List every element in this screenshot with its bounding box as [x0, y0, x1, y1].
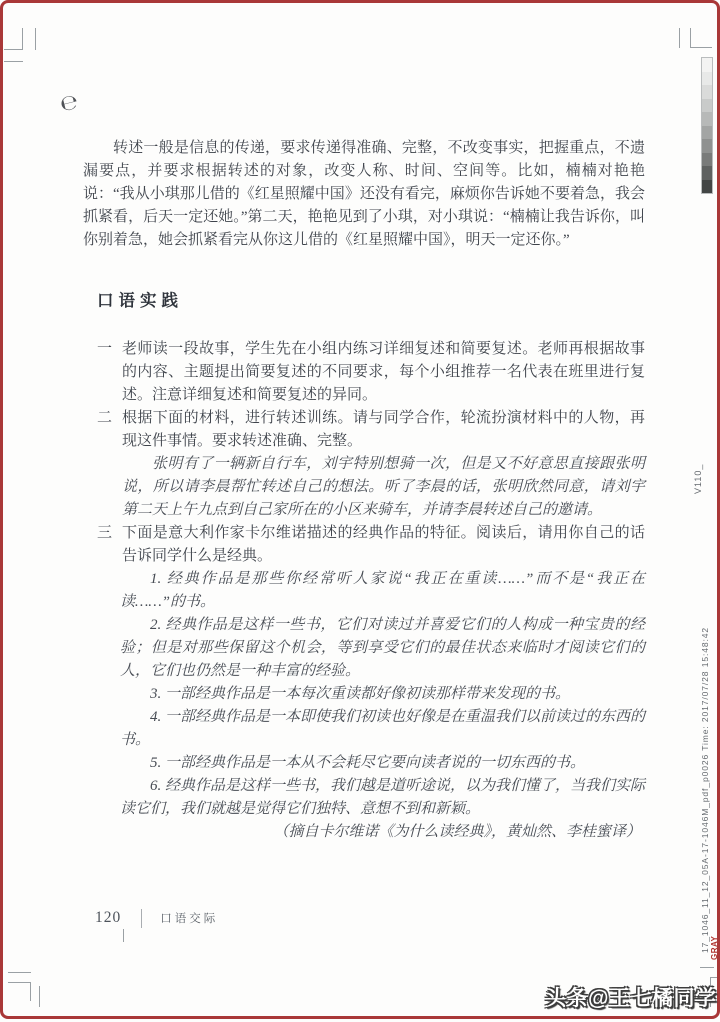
exercise-item-3: 三 下面是意大利作家卡尔维诺描述的经典作品的特征。阅读后，请用你自己的话告诉同学… — [97, 522, 645, 568]
source-attribution: （摘自卡尔维诺《为什么读经典》，黄灿然、李桂蜜译） — [97, 821, 645, 844]
exercise-item-1: 一 老师读一段故事，学生先在小组内练习详细复述和简要复述。老师再根据故事的内容、… — [97, 338, 645, 407]
footer-divider — [141, 909, 142, 928]
registration-mark — [4, 61, 23, 62]
section-heading: 口语实践 — [97, 289, 183, 312]
registration-mark — [35, 28, 36, 50]
list-item: 6. 经典作品是这样一些书，我们越是道听途说，以为我们懂了，当我们实际读它们，我… — [120, 775, 645, 821]
registration-mark — [711, 977, 720, 978]
grayscale-step — [702, 99, 712, 113]
grayscale-step — [702, 72, 712, 86]
intro-paragraph: 转述一般是信息的传递，要求传递得准确、完整，不改变事实，把握重点，不遗漏要点，并… — [83, 137, 645, 252]
registration-mark — [22, 28, 23, 50]
exercise-material-passage: 张明有了一辆新自行车，刘宇特别想骑一次，但是又不好意思直接跟张明说，所以请李晨帮… — [122, 453, 645, 522]
grayscale-step — [702, 112, 712, 126]
press-plate-color-label: GRAY — [710, 936, 719, 960]
grayscale-step — [702, 58, 712, 72]
exercise-item-2: 二 根据下面的材料，进行转述训练。请与同学合作，轮流扮演材料中的人物，再现这件事… — [97, 407, 645, 453]
exercise-text: 下面是意大利作家卡尔维诺描述的经典作品的特征。阅读后，请用你自己的话告诉同学什么… — [122, 522, 645, 568]
registration-mark — [39, 986, 40, 1007]
grayscale-step — [702, 85, 712, 99]
page-footer: 120 口语交际 — [95, 905, 218, 931]
grayscale-step — [702, 180, 712, 194]
press-code-top: V110_ — [693, 464, 703, 494]
grayscale-calibration-bar — [701, 57, 713, 194]
registration-mark — [679, 28, 680, 48]
publisher-logo-icon: ℮ — [57, 87, 86, 116]
registration-mark — [4, 49, 23, 50]
exercise-number: 一 — [97, 338, 112, 361]
grayscale-step — [702, 126, 712, 140]
exercise-text: 根据下面的材料，进行转述训练。请与同学合作，轮流扮演材料中的人物，再现这件事情。… — [122, 407, 645, 453]
exercise-number: 三 — [97, 522, 112, 545]
list-item: 2. 经典作品是这样一些书，它们对读过并喜爱它们的人构成一种宝贵的经验；但是对那… — [120, 614, 645, 683]
registration-mark — [690, 47, 712, 48]
registration-mark — [8, 982, 31, 983]
grayscale-step — [702, 139, 712, 153]
press-code-main: 17_1046_11_12_05A-17-1046M_pdf_p0026 Tim… — [700, 627, 710, 953]
list-item: 4. 一部经典作品是一本即使我们初读也好像是在重温我们以前读过的东西的书。 — [120, 706, 645, 752]
list-item: 5. 一部经典作品是一本从不会耗尽它要向读者说的一切东西的书。 — [120, 752, 645, 775]
list-item: 3. 一部经典作品是一本每次重读都好像初读那样带来发现的书。 — [120, 683, 645, 706]
exercise-list: 一 老师读一段故事，学生先在小组内练习详细复述和简要复述。老师再根据故事的内容、… — [97, 338, 645, 844]
classic-features-list: 1. 经典作品是那些你经常听人家说“我正在重读……”而不是“我正在读……”的书。… — [120, 568, 645, 821]
exercise-text: 老师读一段故事，学生先在小组内练习详细复述和简要复述。老师再根据故事的内容、主题… — [122, 338, 645, 407]
grayscale-step — [702, 166, 712, 180]
watermark-text: 头条@王七橘同学 — [545, 982, 716, 1012]
footer-section-label: 口语交际 — [160, 910, 218, 926]
registration-mark — [8, 972, 31, 973]
page-number: 120 — [95, 909, 121, 927]
registration-mark — [700, 967, 714, 968]
list-item: 1. 经典作品是那些你经常听人家说“我正在重读……”而不是“我正在读……”的书。 — [120, 568, 645, 614]
grayscale-step — [702, 153, 712, 167]
registration-mark — [30, 982, 31, 1001]
exercise-number: 二 — [97, 407, 112, 430]
registration-mark — [690, 28, 691, 48]
